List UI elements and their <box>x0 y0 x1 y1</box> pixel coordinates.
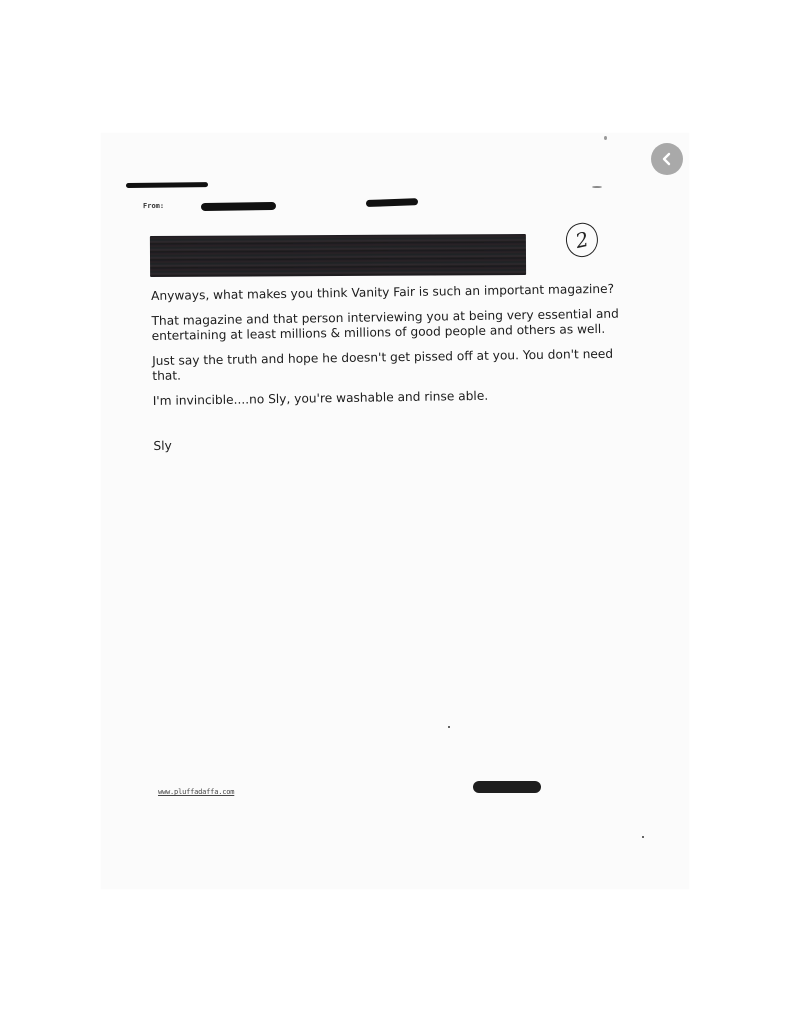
from-label: From: <box>143 202 164 210</box>
signature: Sly <box>153 432 623 454</box>
scan-speck <box>604 136 607 140</box>
redaction-from-name <box>201 202 276 211</box>
scan-speck <box>448 726 450 728</box>
back-button[interactable] <box>651 143 683 175</box>
paragraph: I'm invincible....no Sly, you're washabl… <box>153 387 623 409</box>
paragraph: That magazine and that person interviewi… <box>151 307 621 344</box>
redaction-top-line <box>126 182 208 188</box>
redaction-footer-blob <box>473 781 541 793</box>
document-viewer: From: 2 Anyways, what makes you think Va… <box>0 0 791 1023</box>
email-body: Anyways, what makes you think Vanity Fai… <box>151 282 624 464</box>
scan-speck <box>642 836 644 838</box>
chevron-left-icon <box>660 151 674 167</box>
redaction-subject-box <box>150 234 526 277</box>
footer-url: www.pluffadaffa.com <box>158 788 234 796</box>
scan-speck <box>592 186 602 188</box>
paragraph: Just say the truth and hope he doesn't g… <box>152 347 622 384</box>
